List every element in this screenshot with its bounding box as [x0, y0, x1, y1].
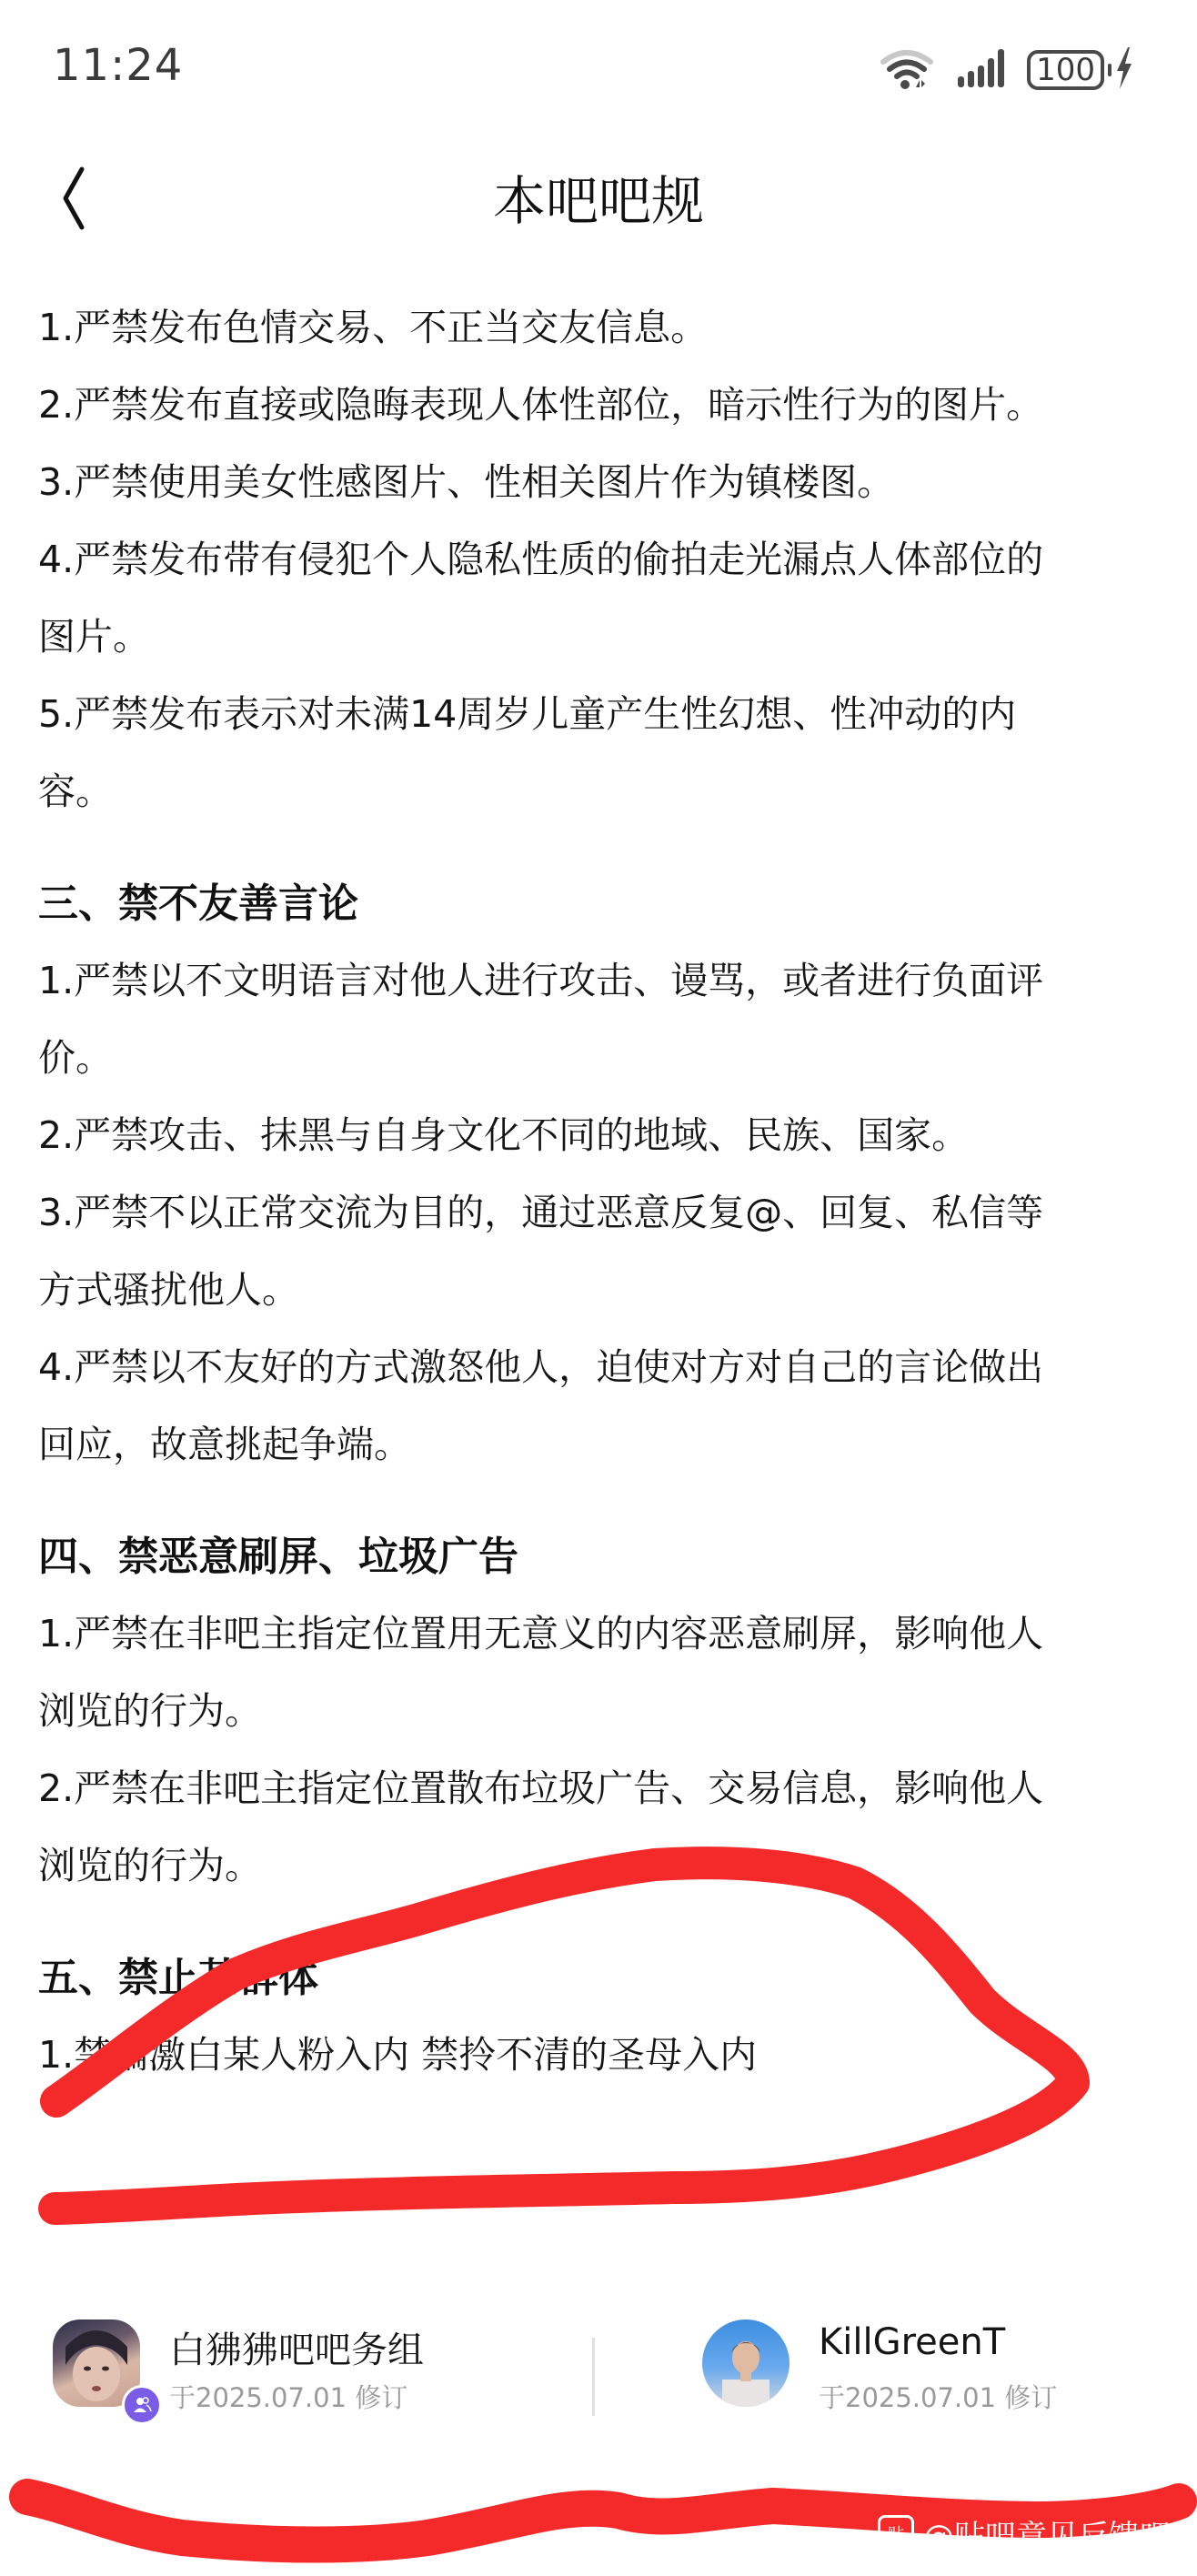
rules-section-unfriendly-speech: 三、禁不友善言论 1.严禁以不文明语言对他人进行攻击、谩骂，或者进行负面评 价。…	[38, 865, 1166, 1484]
rule-line: 浏览的行为。	[38, 1827, 1166, 1905]
watermark: 贴 @贴吧意见反馈吧	[878, 2511, 1187, 2556]
rule-line: 图片。	[38, 599, 1166, 676]
status-bar: 11:24 100	[0, 0, 1197, 136]
rule-line: 4.严禁以不友好的方式激怒他人，迫使对方对自己的言论做出	[38, 1329, 1166, 1406]
avatar[interactable]	[702, 2319, 790, 2407]
rules-section-spam: 四、禁恶意刷屏、垃圾广告 1.严禁在非吧主指定位置用无意义的内容恶意刷屏，影响他…	[38, 1518, 1166, 1905]
wifi-icon	[878, 45, 936, 95]
rule-line: 2.严禁在非吧主指定位置散布垃圾广告、交易信息，影响他人	[38, 1750, 1166, 1827]
watermark-text: @贴吧意见反馈吧	[923, 2511, 1171, 2556]
revision-date: 于2025.07.01 修订	[819, 2378, 1057, 2415]
section-heading: 三、禁不友善言论	[38, 865, 1166, 942]
status-time: 11:24	[53, 40, 183, 91]
rule-line: 1.禁偏激白某人粉入内 禁拎不清的圣母入内	[38, 2017, 1166, 2094]
rules-section-sexual-content: 1.严禁发布色情交易、不正当交友信息。 2.严禁发布直接或隐晦表现人体性部位，暗…	[38, 289, 1166, 830]
rule-line: 3.严禁使用美女性感图片、性相关图片作为镇楼图。	[38, 444, 1166, 521]
rules-section-banned-groups: 五、禁止某群体 1.禁偏激白某人粉入内 禁拎不清的圣母入内	[38, 1939, 1166, 2094]
battery-level: 100	[1027, 50, 1104, 90]
rule-line: 3.严禁不以正常交流为目的，通过恶意反复@、回复、私信等	[38, 1174, 1166, 1252]
revision-date: 于2025.07.01 修订	[169, 2378, 407, 2415]
reviser-name[interactable]: KillGreenT	[819, 2321, 1005, 2363]
divider	[592, 2338, 595, 2416]
rule-line: 浏览的行为。	[38, 1673, 1166, 1750]
rule-line: 4.严禁发布带有侵犯个人隐私性质的偷拍走光漏点人体部位的	[38, 521, 1166, 599]
rule-line: 方式骚扰他人。	[38, 1252, 1166, 1329]
section-heading: 四、禁恶意刷屏、垃圾广告	[38, 1518, 1166, 1595]
rule-line: 5.严禁发布表示对未满14周岁儿童产生性幻想、性冲动的内	[38, 676, 1166, 753]
revisers-row: 白狒狒吧吧务组 于2025.07.01 修订 KillGreenT 于2025.…	[0, 2318, 1197, 2418]
tieba-logo-icon: 贴	[878, 2515, 914, 2551]
rule-line: 2.严禁攻击、抹黑与自身文化不同的地域、民族、国家。	[38, 1097, 1166, 1174]
rule-line: 1.严禁在非吧主指定位置用无意义的内容恶意刷屏，影响他人	[38, 1595, 1166, 1673]
group-members-icon	[122, 2385, 162, 2425]
rule-line: 回应，故意挑起争端。	[38, 1406, 1166, 1484]
reviser-item[interactable]: KillGreenT 于2025.07.01 修订	[702, 2318, 1175, 2418]
rule-line: 1.严禁以不文明语言对他人进行攻击、谩骂，或者进行负面评	[38, 942, 1166, 1020]
rules-content: 1.严禁发布色情交易、不正当交友信息。 2.严禁发布直接或隐晦表现人体性部位，暗…	[38, 289, 1166, 2094]
status-icons: 100	[878, 47, 1133, 93]
section-heading: 五、禁止某群体	[38, 1939, 1166, 2017]
battery-icon: 100	[1027, 47, 1133, 93]
rule-line: 2.严禁发布直接或隐晦表现人体性部位，暗示性行为的图片。	[38, 367, 1166, 444]
cellular-signal-icon	[956, 47, 1007, 93]
reviser-name[interactable]: 白狒狒吧吧务组	[169, 2321, 424, 2373]
rule-line: 容。	[38, 753, 1166, 830]
rule-line: 1.严禁发布色情交易、不正当交友信息。	[38, 289, 1166, 367]
charging-bolt-icon	[1115, 47, 1133, 93]
rule-line: 价。	[38, 1020, 1166, 1097]
reviser-item[interactable]: 白狒狒吧吧务组 于2025.07.01 修订	[53, 2318, 562, 2418]
page-title: 本吧吧规	[0, 158, 1197, 235]
nav-bar: 本吧吧规	[0, 136, 1197, 255]
